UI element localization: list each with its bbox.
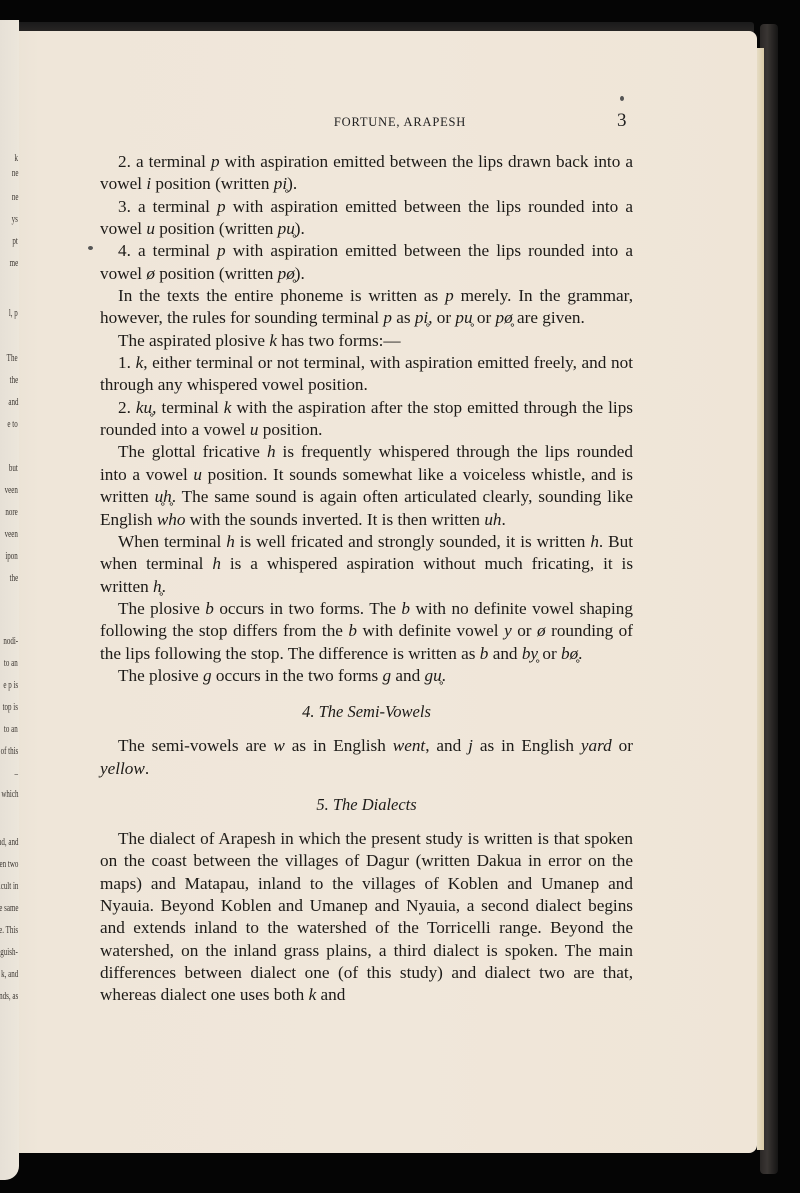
paragraph-plosive-b: The plosive b occurs in two forms. The b… [100, 598, 633, 665]
previous-page-text-fragment: veen [5, 485, 18, 496]
previous-page-text-fragment: which [1, 789, 18, 800]
paragraph-phoneme: In the texts the entire phoneme is writt… [100, 285, 633, 330]
previous-page-text-fragment: unds, as [0, 991, 18, 1002]
section-heading-dialects: 5. The Dialects [100, 794, 633, 816]
paragraph-plosive-g: The plosive g occurs in the two forms g … [100, 665, 633, 687]
paragraph-item-3: 3. a terminal p with aspiration emitted … [100, 196, 633, 241]
paper-speck [88, 246, 93, 250]
previous-page-sliver: kneneysptmel, pThetheande tobutveennorev… [0, 20, 19, 1180]
previous-page-text-fragment: ne [11, 192, 18, 203]
paragraph-k-2: 2. ku̥, terminal k with the aspiration a… [100, 397, 633, 442]
previous-page-text-fragment: een two [0, 859, 18, 870]
previous-page-text-fragment: to an [4, 724, 18, 735]
previous-page-text-fragment: ys [12, 214, 18, 225]
previous-page-text-fragment: nd, and [0, 837, 18, 848]
paper-speck [620, 96, 624, 101]
previous-page-text-fragment: r k, and [0, 969, 18, 980]
previous-page-text-fragment: veen [5, 529, 18, 540]
paragraph-semi-vowels: The semi-vowels are w as in English went… [100, 735, 633, 780]
paragraph-k-1: 1. k, either terminal or not terminal, w… [100, 352, 633, 397]
previous-page-text-fragment: the [9, 573, 18, 584]
previous-page-text-fragment: the [9, 375, 18, 386]
previous-page-text-fragment: he same [0, 903, 18, 914]
previous-page-text-fragment: top is [3, 702, 18, 713]
previous-page-text-fragment: e p is [3, 680, 18, 691]
previous-page-text-fragment: of this [0, 746, 18, 757]
section-heading-semi-vowels: 4. The Semi-Vowels [100, 701, 633, 723]
previous-page-text-fragment: k [15, 153, 19, 164]
paragraph-k-intro: The aspirated plosive k has two forms:— [100, 330, 633, 352]
paragraph-item-2: 2. a terminal p with aspiration emitted … [100, 151, 633, 196]
body-text: 2. a terminal p with aspiration emitted … [100, 151, 633, 1007]
previous-page-text-fragment: nore [6, 507, 18, 518]
paragraph-terminal-h: When terminal h is well fricated and str… [100, 531, 633, 598]
page-number: 3 [617, 110, 627, 132]
paragraph-item-4: 4. a terminal p with aspiration emitted … [100, 240, 633, 285]
previous-page-text-fragment: l, p [9, 308, 18, 319]
previous-page-text-fragment: e. This [0, 925, 18, 936]
previous-page-text-fragment: pt [13, 236, 18, 247]
running-head: FORTUNE, ARAPESH [0, 115, 800, 130]
previous-page-text-fragment: to an [4, 658, 18, 669]
previous-page-text-fragment: nodi- [3, 636, 18, 647]
previous-page-text-fragment: – [15, 769, 19, 780]
paragraph-glottal: The glottal fricative h is frequently wh… [100, 441, 633, 530]
previous-page-text-fragment: e to [8, 419, 18, 430]
previous-page-text-fragment: inguish- [0, 947, 18, 958]
previous-page-text-fragment: me [9, 258, 18, 269]
page-stack-edge [757, 48, 764, 1150]
previous-page-text-fragment: ficult in [0, 881, 18, 892]
previous-page-text-fragment: ipon [6, 551, 18, 562]
previous-page-text-fragment: ne [11, 168, 18, 179]
paragraph-dialects: The dialect of Arapesh in which the pres… [100, 828, 633, 1007]
previous-page-text-fragment: The [7, 353, 18, 364]
previous-page-text-fragment: and [8, 397, 18, 408]
previous-page-text-fragment: but [9, 463, 18, 474]
